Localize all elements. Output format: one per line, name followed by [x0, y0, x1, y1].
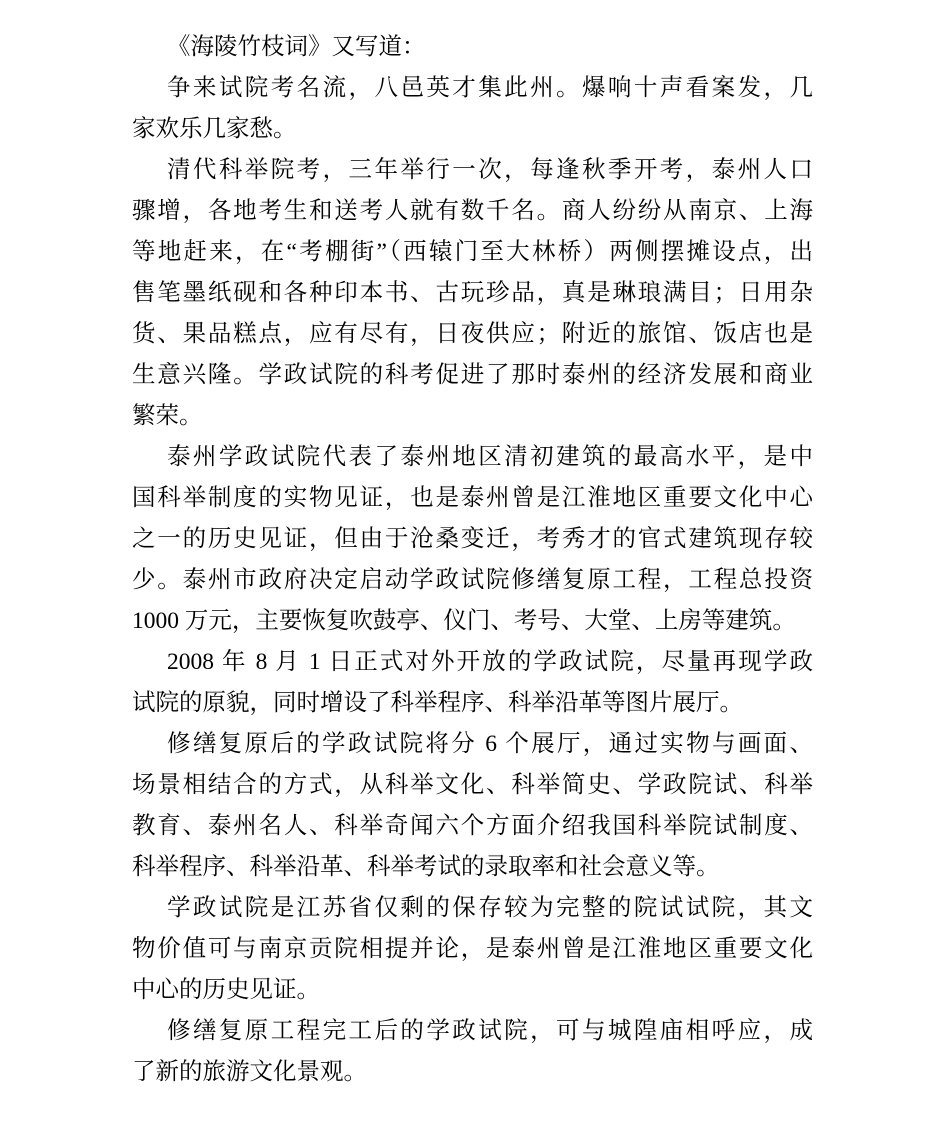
text-line: 场景相结合的方式，从科举文化、科举简史、学政院试、科举	[132, 765, 813, 806]
text-line: 学政试院是江苏省仅剩的保存较为完整的院试试院，其文	[132, 888, 813, 929]
text-line: 中心的历史见证。	[132, 970, 813, 1011]
text-line: 之一的历史见证，但由于沧桑变迁，考秀才的官式建筑现存较	[132, 519, 813, 560]
text-line: 2008 年 8 月 1 日正式对外开放的学政试院，尽量再现学政	[132, 642, 813, 683]
text-line: 1000 万元，主要恢复吹鼓亭、仪门、考号、大堂、上房等建筑。	[132, 601, 813, 642]
text-line: 争来试院考名流，八邑英才集此州。爆响十声看案发，几	[132, 68, 813, 109]
text-line: 生意兴隆。学政试院的科考促进了那时泰州的经济发展和商业	[132, 355, 813, 396]
text-line: 少。泰州市政府决定启动学政试院修缮复原工程，工程总投资	[132, 560, 813, 601]
text-line: 清代科举院考，三年举行一次，每逢秋季开考，泰州人口	[132, 150, 813, 191]
text-line: 教育、泰州名人、科举奇闻六个方面介绍我国科举院试制度、	[132, 806, 813, 847]
text-line: 国科举制度的实物见证，也是泰州曾是江淮地区重要文化中心	[132, 478, 813, 519]
text-line: 试院的原貌，同时增设了科举程序、科举沿革等图片展厅。	[132, 683, 813, 724]
text-line: 修缮复原后的学政试院将分 6 个展厅，通过实物与画面、	[132, 724, 813, 765]
text-line: 科举程序、科举沿革、科举考试的录取率和社会意义等。	[132, 847, 813, 888]
text-line: 繁荣。	[132, 396, 813, 437]
text-line: 《海陵竹枝词》又写道：	[132, 27, 813, 68]
text-line: 货、果品糕点，应有尽有，日夜供应；附近的旅馆、饭店也是	[132, 314, 813, 355]
document-body: 《海陵竹枝词》又写道：争来试院考名流，八邑英才集此州。爆响十声看案发，几家欢乐几…	[132, 27, 813, 1093]
text-line: 修缮复原工程完工后的学政试院，可与城隍庙相呼应，成	[132, 1011, 813, 1052]
text-line: 了新的旅游文化景观。	[132, 1052, 813, 1093]
text-line: 等地赶来，在“考棚街”（西辕门至大林桥）两侧摆摊设点，出	[132, 232, 813, 273]
text-line: 售笔墨纸砚和各种印本书、古玩珍品，真是琳琅满目；日用杂	[132, 273, 813, 314]
document-page: 《海陵竹枝词》又写道：争来试院考名流，八邑英才集此州。爆响十声看案发，几家欢乐几…	[0, 0, 945, 1144]
text-line: 物价值可与南京贡院相提并论，是泰州曾是江淮地区重要文化	[132, 929, 813, 970]
text-line: 骤增，各地考生和送考人就有数千名。商人纷纷从南京、上海	[132, 191, 813, 232]
text-line: 泰州学政试院代表了泰州地区清初建筑的最高水平，是中	[132, 437, 813, 478]
text-line: 家欢乐几家愁。	[132, 109, 813, 150]
